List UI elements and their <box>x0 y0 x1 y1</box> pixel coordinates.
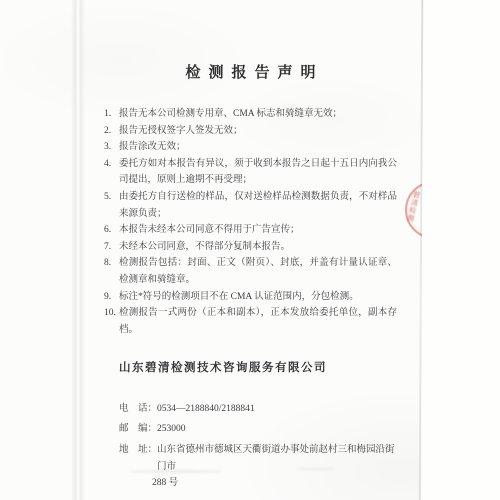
statement-number: 6. <box>104 222 119 239</box>
address-text: 山东省德州市德城区天衢街道办事处前赵村三和梅园沿街门市 288 号 <box>157 442 397 492</box>
statement-number: 4. <box>104 156 119 189</box>
statement-number: 10. <box>104 305 119 338</box>
statement-item: 5. 由委托方自行送检的样品，仅对送检样品检测数据负责，不对样品来源负责； <box>104 189 397 222</box>
statement-number: 9. <box>104 289 119 306</box>
address-row: 地 址： 山东省德州市德城区天衢街道办事处前赵村三和梅园沿街门市 288 号 <box>119 442 397 492</box>
statement-list: 1. 报告无本公司检测专用章、CMA 标志和骑缝章无效； 2. 报告无授权签字人… <box>104 106 397 338</box>
zip-label: 邮 编： <box>119 420 157 440</box>
statement-number: 1. <box>104 106 119 123</box>
phone-row: 电 话： 0534—2188840/2188841 <box>119 400 397 420</box>
statement-number: 7. <box>104 239 119 256</box>
scan-smudge <box>128 470 223 473</box>
address-line1: 山东省德州市德城区天衢街道办事处前赵村三和梅园沿街门市 <box>157 445 395 472</box>
statement-number: 2. <box>104 123 119 140</box>
statement-text: 检测报告一式两份（正本和副本），正本发放给委托单位，副本存档。 <box>119 305 397 338</box>
statement-item: 9. 标注*符号的检测项目不在 CMA 认证范围内，分包检测。 <box>104 289 397 306</box>
scanned-report-page: 检测报告声明 1. 报告无本公司检测专用章、CMA 标志和骑缝章无效； 2. 报… <box>0 0 500 500</box>
company-name: 山东碧清检测技术咨询服务有限公司 <box>104 360 397 376</box>
statement-number: 3. <box>104 139 119 156</box>
statement-text: 报告无本公司检测专用章、CMA 标志和骑缝章无效； <box>119 106 397 123</box>
scan-background-right <box>422 0 500 500</box>
statement-item: 3. 报告涂改无效； <box>104 139 397 156</box>
statement-text: 本报告未经本公司同意不得用于广告宣传； <box>119 222 397 239</box>
statement-text: 检测报告包括：封面、正文（附页）、封底，并盖有计量认证章、检测章和骑缝章。 <box>119 255 397 288</box>
statement-item: 4. 委托方如对本报告有异议，须于收到本报告之日起十五日内向我公司提出，原则上逾… <box>104 156 397 189</box>
phone-label: 电 话： <box>119 400 157 420</box>
statement-item: 10. 检测报告一式两份（正本和副本），正本发放给委托单位，副本存档。 <box>104 305 397 338</box>
statement-number: 5. <box>104 189 119 222</box>
red-seal-partial: 碧清检测 <box>402 179 422 243</box>
report-content: 检测报告声明 1. 报告无本公司检测专用章、CMA 标志和骑缝章无效； 2. 报… <box>104 0 397 492</box>
zip-code: 253000 <box>157 420 397 440</box>
contact-block: 电 话： 0534—2188840/2188841 邮 编： 253000 地 … <box>104 400 397 492</box>
statement-item: 7. 未经本公司同意，不得部分复制本报告。 <box>104 239 397 256</box>
scan-smudge <box>295 468 337 470</box>
page-fold-line <box>71 0 85 500</box>
page-title: 检测报告声明 <box>104 63 397 84</box>
statement-text: 报告无授权签字人签发无效； <box>119 123 397 140</box>
statement-item: 1. 报告无本公司检测专用章、CMA 标志和骑缝章无效； <box>104 106 397 123</box>
statement-item: 2. 报告无授权签字人签发无效； <box>104 123 397 140</box>
statement-item: 6. 本报告未经本公司同意不得用于广告宣传； <box>104 222 397 239</box>
address-line2: 288 号 <box>152 478 178 488</box>
phone-number: 0534—2188840/2188841 <box>157 400 397 420</box>
statement-text: 未经本公司同意，不得部分复制本报告。 <box>119 239 397 256</box>
statement-text: 委托方如对本报告有异议，须于收到本报告之日起十五日内向我公司提出，原则上逾期不再… <box>119 156 397 189</box>
statement-item: 8. 检测报告包括：封面、正文（附页）、封底，并盖有计量认证章、检测章和骑缝章。 <box>104 255 397 288</box>
statement-text: 标注*符号的检测项目不在 CMA 认证范围内，分包检测。 <box>119 289 397 306</box>
statement-text: 报告涂改无效； <box>119 139 397 156</box>
statement-number: 8. <box>104 255 119 288</box>
statement-text: 由委托方自行送检的样品，仅对送检样品检测数据负责，不对样品来源负责； <box>119 189 397 222</box>
zip-row: 邮 编： 253000 <box>119 420 397 440</box>
